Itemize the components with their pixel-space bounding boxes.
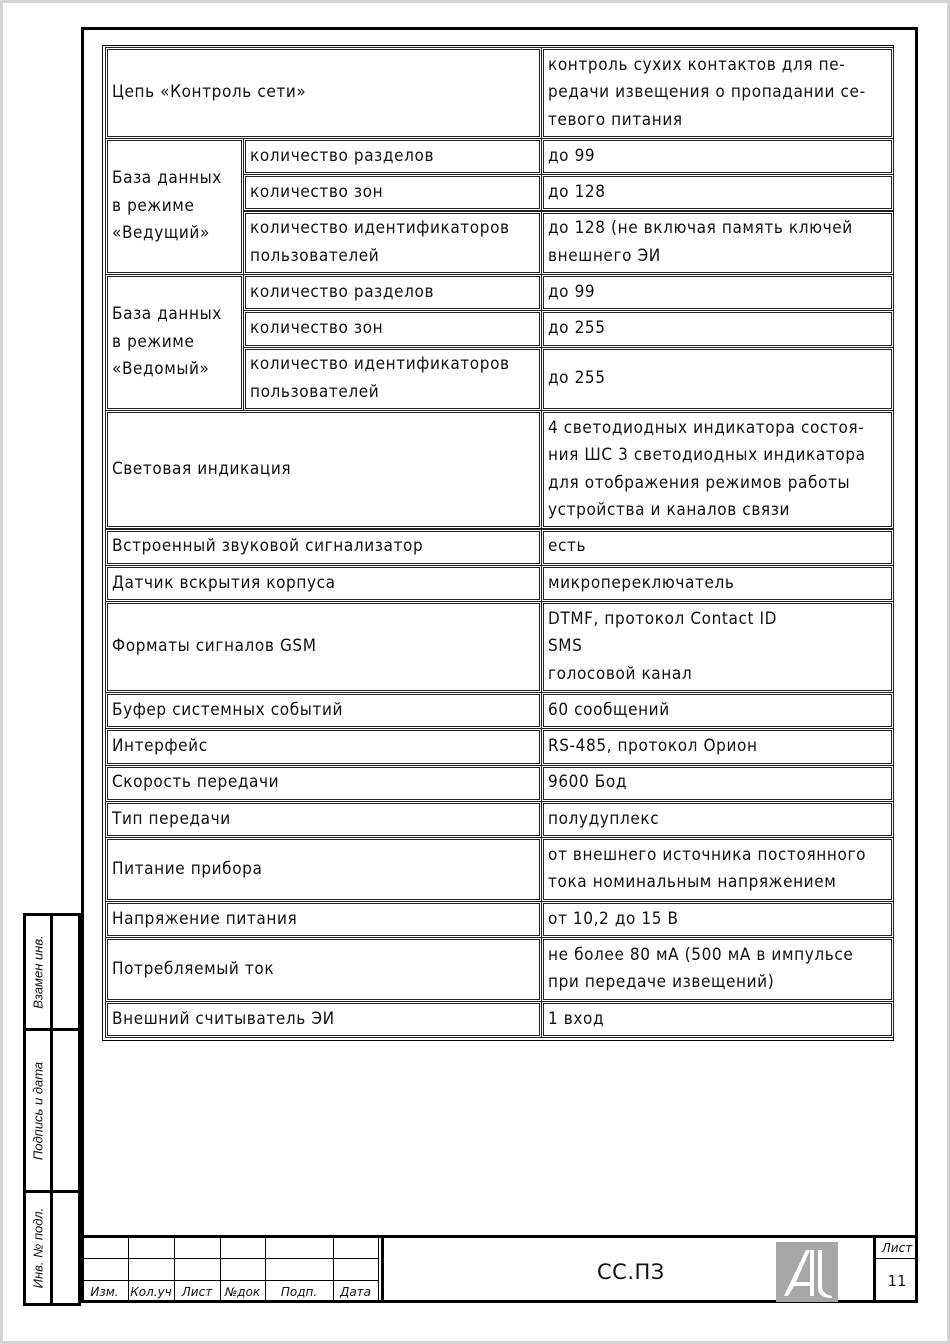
- grid-line: [81, 1280, 378, 1281]
- spec-subparam-text: количество зон: [250, 179, 383, 207]
- spec-value-text: до 255: [548, 315, 606, 343]
- spec-param-text: Датчик вскрытия корпуса: [112, 570, 336, 598]
- side-stamp-label: Инв. № подл.: [31, 1208, 46, 1289]
- spec-value-text: 4 светодиодных индикатора состоя- ния ШС…: [548, 415, 887, 525]
- specifications-table: Цепь «Контроль сети»контроль сухих конта…: [102, 45, 894, 1041]
- spec-group-label: База данных в режиме «Ведущий»: [107, 140, 242, 273]
- spec-value-text: DTMF, протокол Contact ID SMS голосовой …: [548, 606, 887, 689]
- spec-subparam: количество разделов: [245, 140, 540, 173]
- spec-subparam-text: количество зон: [250, 315, 383, 343]
- spec-value: до 255: [543, 312, 892, 345]
- spec-param: Буфер системных событий: [107, 694, 540, 727]
- spec-value: микропереключатель: [543, 567, 892, 600]
- spec-param: Внешний считыватель ЭИ: [107, 1003, 540, 1036]
- spec-value-text: 1 вход: [548, 1006, 604, 1034]
- spec-subparam: количество зон: [245, 176, 540, 209]
- title-block: Изм.Кол.учЛист№докПодп.Дата СС.ПЗ Лист 1…: [81, 1235, 918, 1303]
- spec-value: до 128 (не включая память ключей внешнег…: [543, 213, 892, 274]
- spec-value-text: не более 80 мА (500 мА в импульсе при пе…: [548, 942, 887, 997]
- sheet-number-box: Лист 11: [873, 1238, 918, 1303]
- spec-value-text: микропереключатель: [548, 570, 735, 598]
- spec-param: Напряжение питания: [107, 903, 540, 936]
- document-code: СС.ПЗ: [597, 1260, 665, 1284]
- spec-param: Встроенный звуковой сигнализатор: [107, 531, 540, 564]
- spec-param-text: Интерфейс: [112, 733, 208, 761]
- spec-value: 1 вход: [543, 1003, 892, 1036]
- grid-line: [378, 1238, 379, 1303]
- spec-value-text: до 99: [548, 143, 595, 171]
- spec-subparam-text: количество идентификаторов пользователей: [250, 351, 510, 406]
- spec-param: Питание прибора: [107, 839, 540, 900]
- spec-subparam: количество разделов: [245, 276, 540, 309]
- spec-param: Форматы сигналов GSM: [107, 603, 540, 691]
- revision-column-label: Изм.: [81, 1285, 128, 1299]
- spec-value: 60 сообщений: [543, 694, 892, 727]
- spec-value-text: до 128 (не включая память ключей внешнег…: [548, 215, 887, 270]
- spec-param: Тип передачи: [107, 803, 540, 836]
- spec-value: полудуплекс: [543, 803, 892, 836]
- spec-param-text: Форматы сигналов GSM: [112, 633, 317, 661]
- spec-param: Световая индикация: [107, 412, 540, 527]
- spec-value: DTMF, протокол Contact ID SMS голосовой …: [543, 603, 892, 691]
- grid-line: [81, 1258, 378, 1259]
- spec-group-label-text: База данных в режиме «Ведущий»: [112, 165, 222, 248]
- spec-value: от внешнего источника постоянного тока н…: [543, 839, 892, 900]
- spec-param-text: Цепь «Контроль сети»: [112, 79, 306, 107]
- spec-value: не более 80 мА (500 мА в импульсе при пе…: [543, 939, 892, 1000]
- title-block-main: СС.ПЗ: [381, 1238, 876, 1303]
- spec-param: Датчик вскрытия корпуса: [107, 567, 540, 600]
- revision-column-label: №док: [220, 1285, 265, 1299]
- spec-param-text: Внешний считыватель ЭИ: [112, 1006, 335, 1034]
- spec-param-text: Световая индикация: [112, 456, 291, 484]
- revision-column-label: Подп.: [265, 1285, 333, 1299]
- spec-value-text: до 255: [548, 365, 887, 393]
- spec-param-text: Встроенный звуковой сигнализатор: [112, 533, 423, 561]
- spec-param-text: Напряжение питания: [112, 906, 297, 934]
- spec-subparam-text: количество разделов: [250, 279, 434, 307]
- spec-value-text: 9600 Бод: [548, 769, 627, 797]
- spec-value-text: до 128: [548, 179, 606, 207]
- spec-value-text: от 10,2 до 15 В: [548, 906, 679, 934]
- revision-column-label: Лист: [174, 1285, 220, 1299]
- spec-value-text: полудуплекс: [548, 806, 659, 834]
- al-logo-icon: [776, 1242, 838, 1302]
- spec-value-text: контроль сухих контактов для пе- редачи …: [548, 52, 887, 135]
- spec-value: контроль сухих контактов для пе- редачи …: [543, 49, 892, 137]
- spec-group-label-text: База данных в режиме «Ведомый»: [112, 301, 222, 384]
- side-stamp-sign-date: Подпись и дата: [23, 1028, 81, 1193]
- spec-value: до 128: [543, 176, 892, 209]
- spec-param-text: Питание прибора: [112, 856, 262, 884]
- spec-group-label: База данных в режиме «Ведомый»: [107, 276, 242, 409]
- spec-value: 4 светодиодных индикатора состоя- ния ШС…: [543, 412, 892, 527]
- revision-column-label: Кол.уч: [128, 1285, 174, 1299]
- spec-param: Интерфейс: [107, 730, 540, 763]
- revision-grid: Изм.Кол.учЛист№докПодп.Дата: [81, 1238, 381, 1303]
- spec-value: от 10,2 до 15 В: [543, 903, 892, 936]
- spec-param: Цепь «Контроль сети»: [107, 49, 540, 137]
- spec-param: Скорость передачи: [107, 767, 540, 800]
- spec-subparam: количество зон: [245, 312, 540, 345]
- spec-param-text: Тип передачи: [112, 806, 231, 834]
- spec-param-text: Потребляемый ток: [112, 956, 274, 984]
- spec-param-text: Буфер системных событий: [112, 697, 343, 725]
- revision-column-label: Дата: [333, 1285, 378, 1299]
- spec-param: Потребляемый ток: [107, 939, 540, 1000]
- spec-value: до 99: [543, 140, 892, 173]
- side-stamp-replace-inv: Взамен инв.: [23, 913, 81, 1031]
- spec-value: до 255: [543, 349, 892, 410]
- spec-value-text: до 99: [548, 279, 595, 307]
- spec-subparam: количество идентификаторов пользователей: [245, 349, 540, 410]
- spec-subparam: количество идентификаторов пользователей: [245, 213, 540, 274]
- spec-value-text: есть: [548, 533, 586, 561]
- spec-value: до 99: [543, 276, 892, 309]
- spec-value-text: 60 сообщений: [548, 697, 670, 725]
- company-logo: [776, 1242, 838, 1302]
- spec-value: есть: [543, 531, 892, 564]
- sheet-number: 11: [876, 1259, 918, 1303]
- side-stamp-label: Взамен инв.: [31, 935, 46, 1009]
- spec-param-text: Скорость передачи: [112, 769, 279, 797]
- side-stamp-label: Подпись и дата: [31, 1061, 46, 1159]
- spec-value-text: RS-485, протокол Орион: [548, 733, 758, 761]
- sheet-label: Лист: [876, 1238, 918, 1259]
- spec-value-text: от внешнего источника постоянного тока н…: [548, 842, 887, 897]
- spec-value: 9600 Бод: [543, 767, 892, 800]
- side-stamp-inv-no: Инв. № подл.: [23, 1190, 81, 1306]
- spec-subparam-text: количество идентификаторов пользователей: [250, 215, 510, 270]
- spec-subparam-text: количество разделов: [250, 143, 434, 171]
- spec-value: RS-485, протокол Орион: [543, 730, 892, 763]
